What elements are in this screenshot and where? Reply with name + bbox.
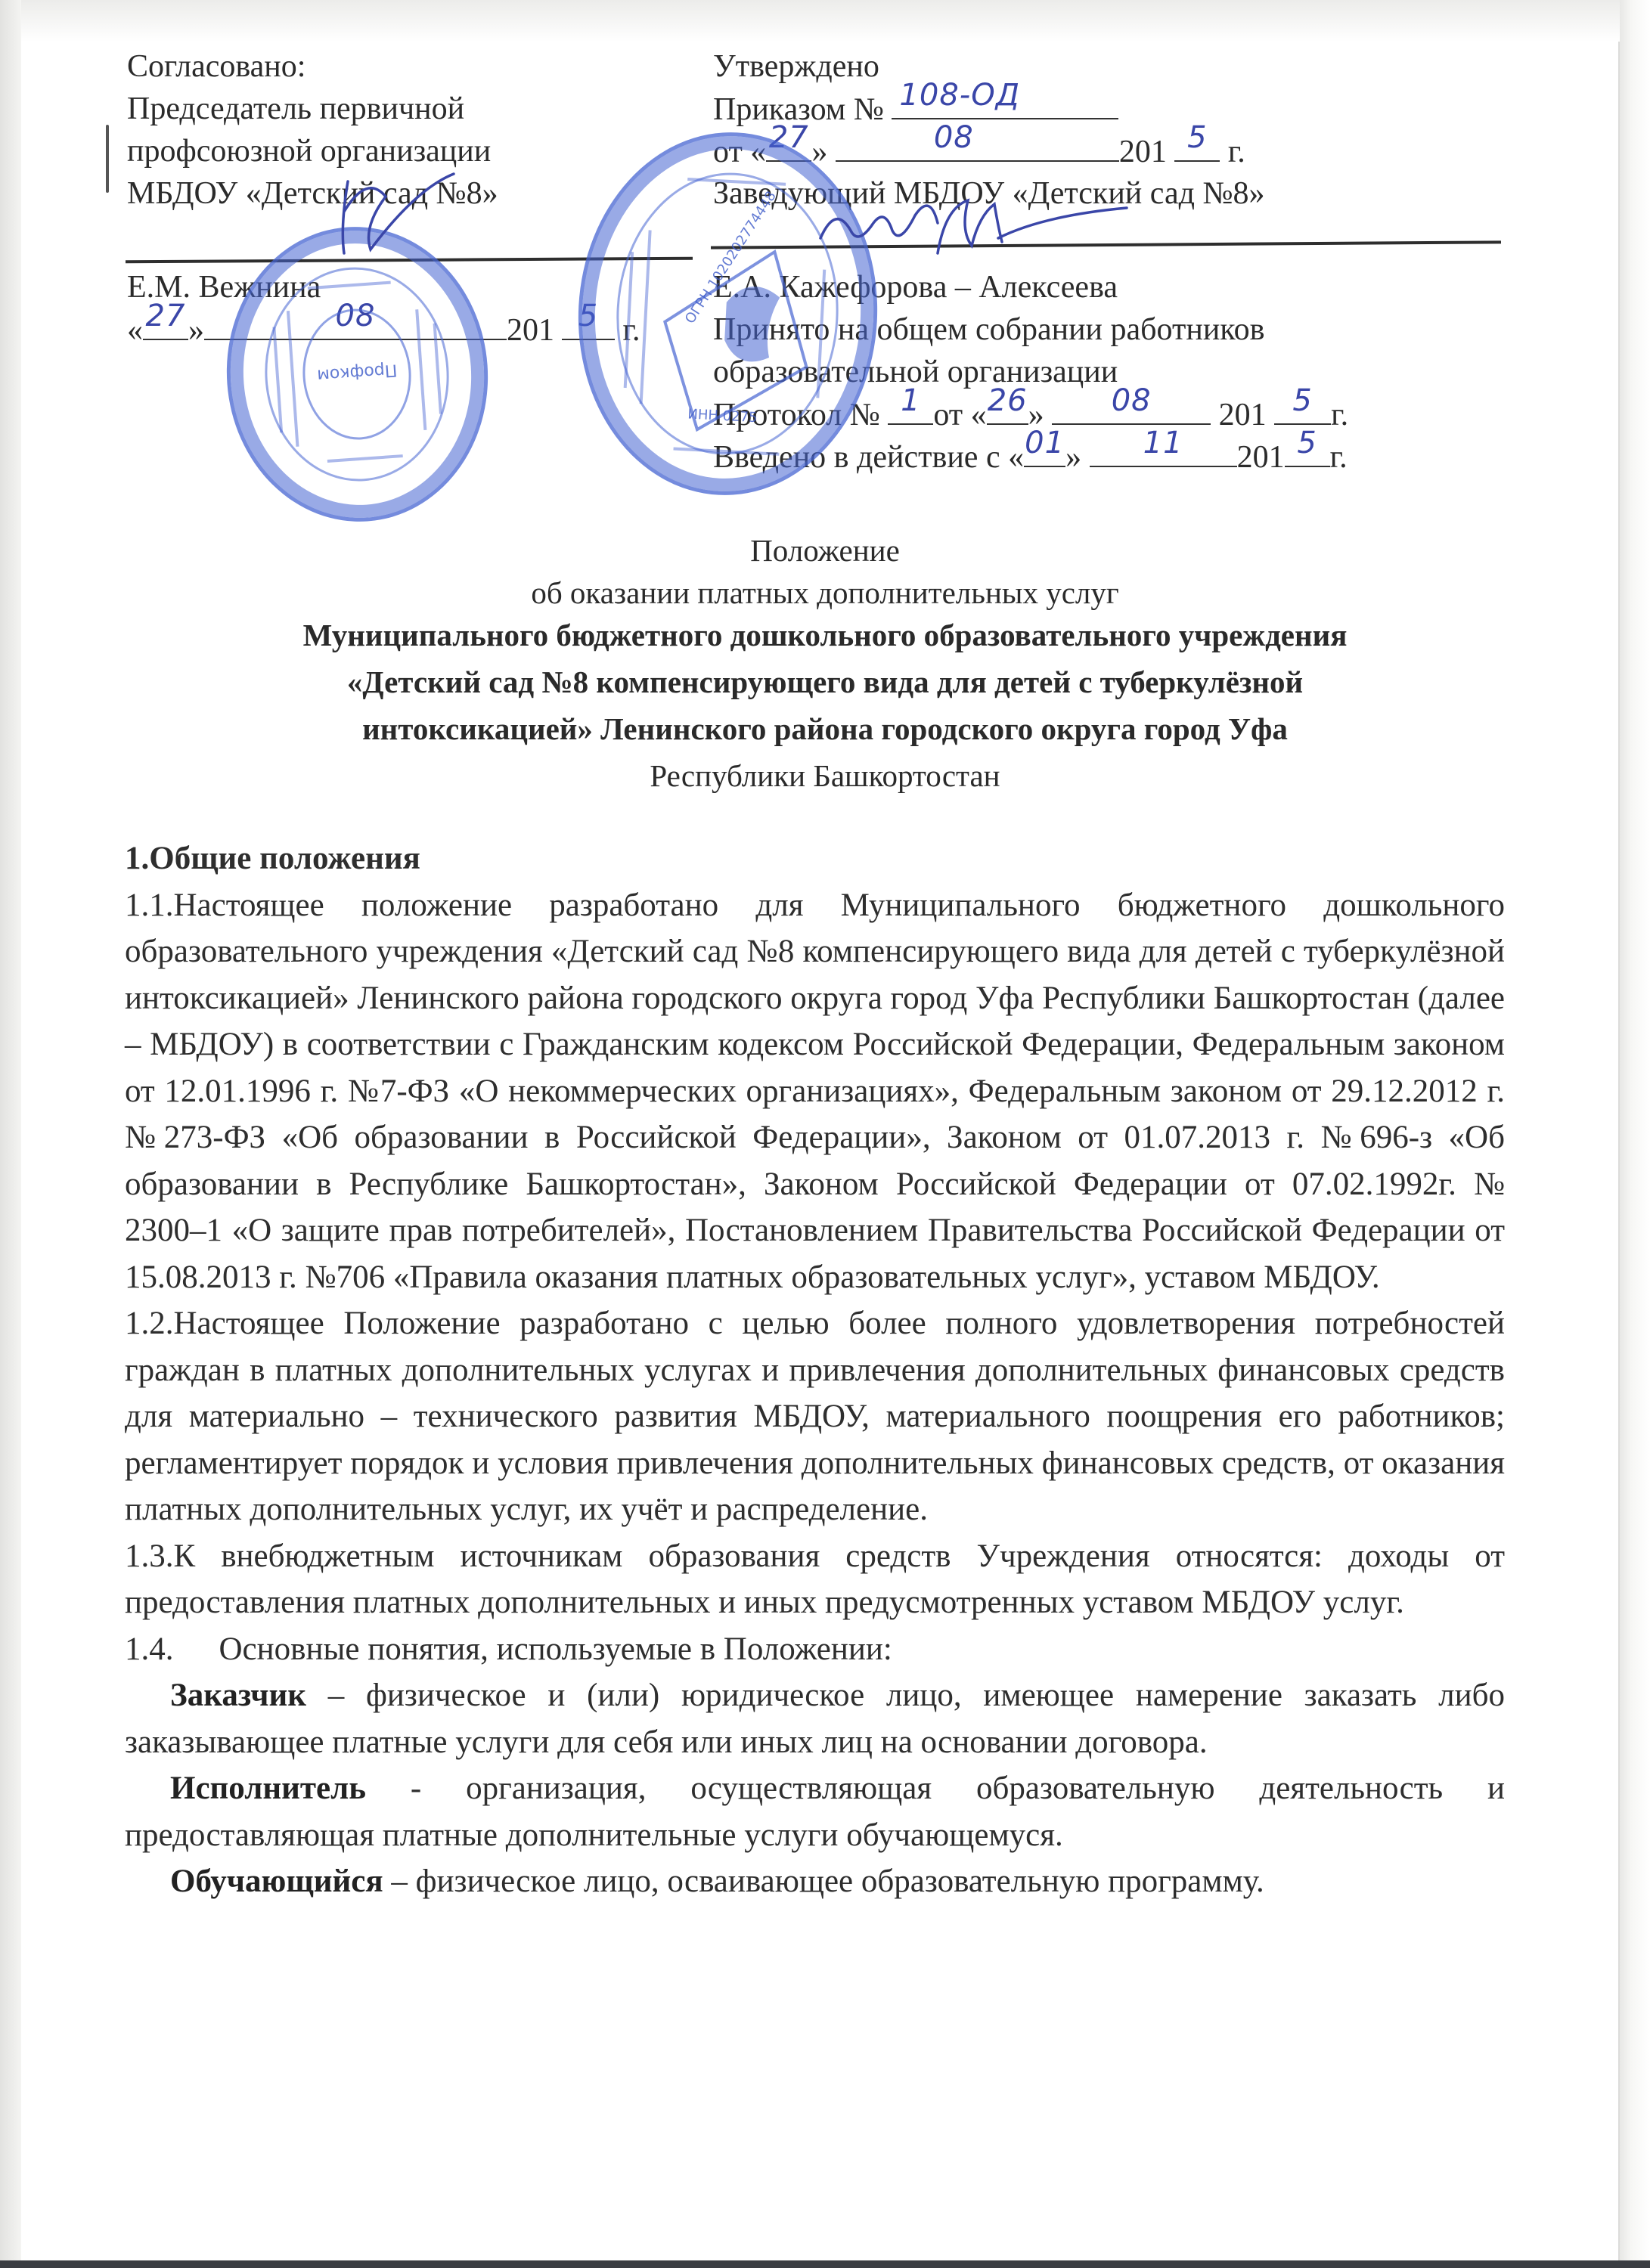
year-prefix: 201 bbox=[507, 313, 554, 348]
agreed-label: Согласовано: bbox=[127, 45, 498, 88]
order-month: 08 bbox=[934, 116, 1119, 159]
order-number-field: 108-ОД bbox=[892, 88, 1118, 119]
effective-month-field: 11 bbox=[1090, 435, 1237, 467]
title-line-5: интоксикацией» Ленинского района городск… bbox=[0, 708, 1650, 754]
section-1-heading: 1.Общие положения bbox=[125, 835, 1505, 882]
clause-1-1: 1.1.Настоящее положение разработано для … bbox=[125, 882, 1505, 1301]
day-value: 27 bbox=[143, 295, 188, 337]
effective-day-field: 01 bbox=[1024, 435, 1065, 467]
definition-text: – физическое лицо, осваивающее образоват… bbox=[383, 1864, 1264, 1899]
clause-1-4-text: Основные понятия, используемые в Положен… bbox=[219, 1631, 892, 1667]
title-line-2: об оказании платных дополнительных услуг bbox=[0, 572, 1650, 614]
right-signature-icon bbox=[817, 193, 1134, 261]
clause-1-4-number: 1.4. bbox=[125, 1631, 174, 1667]
document-title: Положение об оказании платных дополнител… bbox=[0, 529, 1650, 801]
definition-text: – физическое и (или) юридическое лицо, и… bbox=[125, 1678, 1505, 1760]
definition-customer: Заказчик – физическое и (или) юридическо… bbox=[125, 1672, 1505, 1765]
union-stamp: Профком bbox=[217, 218, 498, 530]
protocol-year: 5 bbox=[1274, 380, 1331, 422]
order-year: 5 bbox=[1174, 116, 1220, 159]
clause-1-4: 1.4.Основные понятия, используемые в Пол… bbox=[125, 1626, 1505, 1673]
title-line-6: Республики Башкортостан bbox=[0, 754, 1650, 801]
definition-contractor: Исполнитель - организация, осуществляюща… bbox=[125, 1765, 1505, 1858]
title-line-1: Положение bbox=[0, 529, 1650, 572]
effective-year-suffix: г. bbox=[1330, 440, 1348, 475]
institution-stamp-emblem-icon bbox=[573, 129, 882, 499]
effective-month: 11 bbox=[1090, 422, 1237, 464]
title-line-4: «Детский сад №8 компенсирующего вида для… bbox=[0, 661, 1650, 708]
quote-close: » bbox=[188, 313, 204, 348]
scan-top-shadow bbox=[21, 0, 1620, 42]
order-year-suffix: г. bbox=[1228, 135, 1245, 169]
definition-term: Обучающийся bbox=[170, 1864, 383, 1899]
definition-term: Заказчик bbox=[170, 1678, 306, 1713]
definition-student: Обучающийся – физическое лицо, осваивающ… bbox=[125, 1858, 1505, 1905]
protocol-from: от « bbox=[933, 398, 986, 432]
margin-mark bbox=[106, 125, 109, 193]
effective-year-field: 5 bbox=[1285, 435, 1330, 467]
scan-edge-right bbox=[1618, 0, 1650, 2268]
quote-open: « bbox=[127, 313, 143, 348]
protocol-number-field: 1 bbox=[888, 393, 933, 425]
title-line-3: Муниципального бюджетного дошкольного об… bbox=[0, 614, 1650, 661]
order-year-field: 5 bbox=[1174, 130, 1220, 162]
protocol-year-field: 5 bbox=[1274, 393, 1331, 425]
protocol-day: 26 bbox=[987, 380, 1028, 422]
scan-bottom-edge bbox=[0, 2260, 1650, 2268]
protocol-year-suffix: г. bbox=[1331, 398, 1348, 432]
protocol-number: 1 bbox=[888, 380, 933, 422]
clause-1-3: 1.3.К внебюджетным источникам образовани… bbox=[125, 1533, 1505, 1626]
definition-term: Исполнитель bbox=[170, 1771, 366, 1806]
effective-quote-close: » bbox=[1065, 440, 1081, 475]
order-year-prefix: 201 bbox=[1119, 135, 1167, 169]
clause-1-2: 1.2.Настоящее Положение разработано с це… bbox=[125, 1300, 1505, 1533]
effective-day: 01 bbox=[1024, 422, 1065, 464]
protocol-month-field: 08 bbox=[1052, 393, 1211, 425]
protocol-month: 08 bbox=[1052, 380, 1211, 422]
effective-year-prefix: 201 bbox=[1237, 440, 1285, 475]
protocol-day-field: 26 bbox=[987, 393, 1028, 425]
effective-year: 5 bbox=[1285, 422, 1330, 464]
document-body: 1.Общие положения 1.1.Настоящее положени… bbox=[125, 835, 1505, 1905]
day-field: 27 bbox=[143, 308, 188, 340]
left-signature-icon bbox=[318, 166, 469, 257]
position-line-1: Председатель первичной bbox=[127, 88, 498, 130]
scan-edge-left bbox=[0, 0, 21, 2268]
order-number: 108-ОД bbox=[899, 74, 1118, 116]
institution-stamp: ОГРН 1020202774448 ИНН 0275 bbox=[569, 125, 887, 503]
